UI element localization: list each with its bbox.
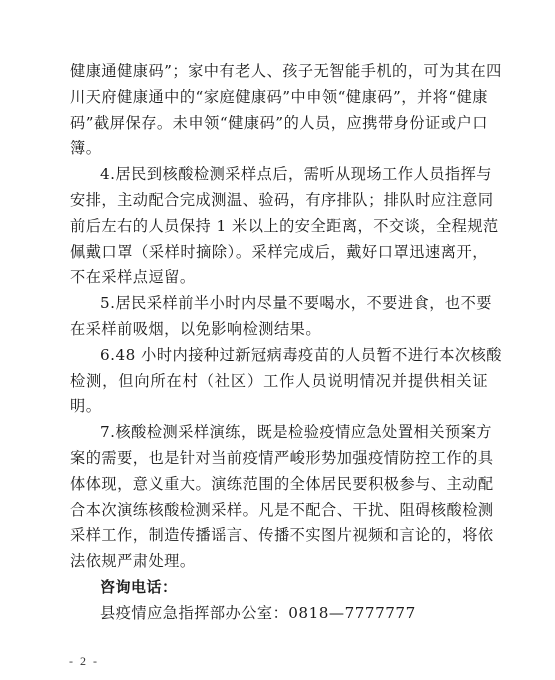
text-line: 前后左右的人员保持 1 米以上的安全距离，不交谈，全程规范	[70, 214, 488, 240]
document-body: 健康通健康码”；家中有老人、孩子无智能手机的，可为其在四 川天府健康通中的“家庭…	[70, 59, 488, 627]
contact-heading: 咨询电话：	[70, 575, 488, 601]
text-line: 佩戴口罩（采样时摘除）。采样完成后，戴好口罩迅速离开，	[70, 240, 488, 266]
paragraph-4-start: 4.居民到核酸检测采样点后，需听从现场工作人员指挥与	[70, 162, 488, 188]
contact-phone-line: 县疫情应急指挥部办公室：0818—7777777	[70, 601, 488, 627]
text-line: 明。	[70, 394, 488, 420]
text-line: 合本次演练核酸检测采样。凡是不配合、干扰、阻碍核酸检测	[70, 498, 488, 524]
text-line: 采样工作，制造传播谣言、传播不实图片视频和言论的，将依	[70, 523, 488, 549]
paragraph-6-start: 6.48 小时内接种过新冠病毒疫苗的人员暂不进行本次核酸	[70, 343, 488, 369]
text-line: 检测，但向所在村（社区）工作人员说明情况并提供相关证	[70, 369, 488, 395]
paragraph-5-start: 5.居民采样前半小时内尽量不要喝水，不要进食，也不要	[70, 291, 488, 317]
text-line: 安排，主动配合完成测温、验码，有序排队；排队时应注意同	[70, 188, 488, 214]
text-line: 案的需要，也是针对当前疫情严峻形势加强疫情防控工作的具	[70, 446, 488, 472]
text-line: 码”截屏保存。未申领“健康码”的人员，应携带身份证或户口	[70, 111, 488, 137]
text-line: 簿。	[70, 136, 488, 162]
text-line: 川天府健康通中的“家庭健康码”中申领“健康码”，并将“健康	[70, 85, 488, 111]
text-line: 在采样前吸烟，以免影响检测结果。	[70, 317, 488, 343]
text-line: 健康通健康码”；家中有老人、孩子无智能手机的，可为其在四	[70, 59, 488, 85]
text-line: 法依规严肃处理。	[70, 549, 488, 575]
text-line: 体体现，意义重大。演练范围的全体居民要积极参与、主动配	[70, 472, 488, 498]
text-line: 不在采样点逗留。	[70, 265, 488, 291]
paragraph-7-start: 7.核酸检测采样演练，既是检验疫情应急处置相关预案方	[70, 420, 488, 446]
document-page: 健康通健康码”；家中有老人、孩子无智能手机的，可为其在四 川天府健康通中的“家庭…	[0, 0, 555, 680]
page-number: - 2 -	[69, 654, 99, 669]
